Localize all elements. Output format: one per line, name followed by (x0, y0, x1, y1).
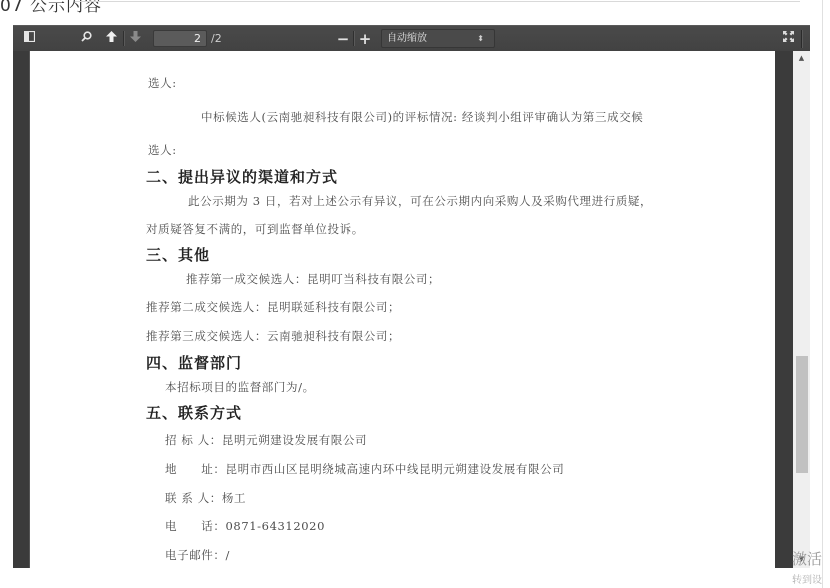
document-line: 电 话：0871-64312020 (165, 518, 325, 534)
pdf-viewer: 2 /2 − + 自动缩放 ⬍ (13, 25, 810, 568)
document-line: 此公示期为 3 日，若对上述公示有异议，可在公示期内向采购人及采购代理进行质疑， (188, 193, 652, 209)
pdf-page: 选人: 中标候选人(云南驰昶科技有限公司)的评标情况: 经谈判小组评审确认为第三… (30, 51, 775, 568)
presentation-mode-button[interactable] (779, 29, 797, 48)
document-line: 推荐第二成交候选人：昆明联延科技有限公司； (146, 299, 400, 315)
page-number-input[interactable]: 2 (153, 30, 207, 47)
vertical-scrollbar[interactable]: ▲ ▼ (793, 51, 810, 568)
arrow-down-icon (130, 31, 141, 46)
document-line: 选人: (148, 75, 177, 91)
sidebar-toggle-icon (24, 31, 35, 46)
document-line: 电子邮件：/ (165, 547, 230, 563)
activation-watermark-subtext: 转到设 (792, 571, 822, 586)
minus-icon: − (337, 30, 350, 48)
activation-watermark: 激活 (792, 548, 822, 569)
fullscreen-icon (783, 31, 794, 46)
viewer-left-margin (13, 51, 30, 568)
document-line: 招 标 人：昆明元朔建设发展有限公司 (165, 432, 367, 448)
zoom-in-button[interactable]: + (357, 29, 373, 48)
pdf-toolbar: 2 /2 − + 自动缩放 ⬍ (13, 25, 810, 51)
next-page-button[interactable] (126, 29, 144, 48)
section-title: 07 公示内容 (0, 0, 102, 16)
document-heading: 三、其他 (146, 244, 210, 265)
find-button[interactable] (77, 29, 95, 48)
search-icon (81, 31, 92, 46)
plus-icon: + (359, 30, 372, 48)
sidebar-toggle-button[interactable] (19, 29, 39, 48)
document-line: 推荐第三成交候选人：云南驰昶科技有限公司； (146, 328, 400, 344)
scroll-up-arrow-icon[interactable]: ▲ (793, 51, 810, 65)
document-line: 地 址：昆明市西山区昆明绕城高速内环中线昆明元朔建设发展有限公司 (165, 461, 564, 477)
zoom-select[interactable]: 自动缩放 ⬍ (381, 29, 495, 48)
scrollbar-thumb[interactable] (796, 356, 808, 473)
document-line: 联 系 人：杨工 (165, 490, 246, 506)
document-heading: 四、监督部门 (146, 352, 242, 373)
select-arrows-icon: ⬍ (477, 30, 484, 47)
toolbar-separator (801, 30, 802, 48)
document-heading: 五、联系方式 (146, 402, 242, 423)
page-edge-line (822, 0, 823, 588)
toolbar-separator (123, 31, 124, 46)
zoom-out-button[interactable]: − (335, 29, 351, 48)
previous-page-button[interactable] (102, 29, 120, 48)
zoom-select-value: 自动缩放 (387, 33, 427, 44)
viewer-right-margin (775, 51, 793, 568)
arrow-up-icon (106, 31, 117, 46)
document-line: 本招标项目的监督部门为/。 (165, 379, 315, 395)
document-heading: 二、提出异议的渠道和方式 (146, 166, 338, 187)
page-count: /2 (211, 32, 222, 45)
toolbar-separator (353, 31, 354, 46)
document-line: 推荐第一成交候选人：昆明叮当科技有限公司； (186, 271, 440, 287)
document-line: 选人: (148, 142, 177, 158)
document-line: 对质疑答复不满的，可到监督单位投诉。 (146, 221, 364, 237)
document-line: 中标候选人(云南驰昶科技有限公司)的评标情况: 经谈判小组评审确认为第三成交候 (201, 109, 643, 125)
section-divider (75, 1, 800, 2)
